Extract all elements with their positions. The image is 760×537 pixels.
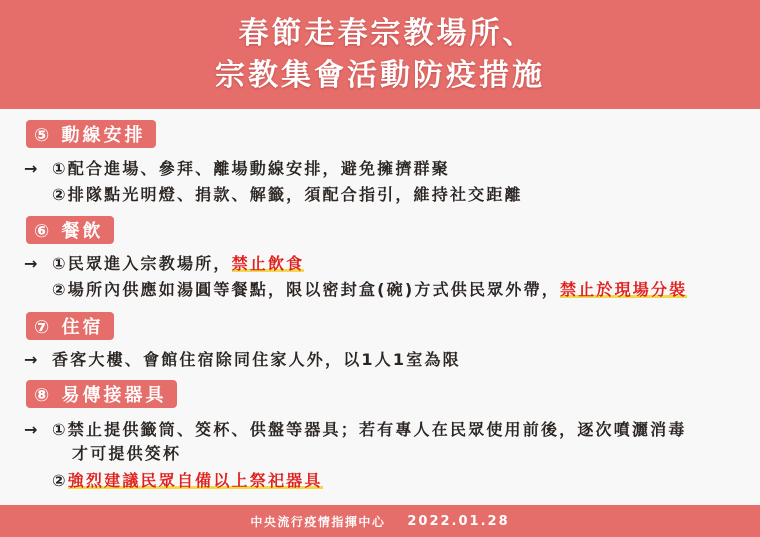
highlighted-warning: 強烈建議民眾自備以上祭祀器具 [68,471,323,490]
section-badge-shared-objects: ⑧ 易傳接器具 [26,380,177,408]
page-header: 春節走春宗教場所、 宗教集會活動防疫措施 [0,0,760,109]
title-line-2: 宗教集會活動防疫措施 [215,55,545,97]
list-item: →①民眾進入宗教場所，禁止飲食 [24,252,304,276]
highlighted-warning: 禁止飲食 [232,254,305,273]
list-item: ②強烈建議民眾自備以上祭祀器具 [24,469,323,493]
arrow-icon: → [24,418,52,442]
footer-date: 2022.01.28 [407,514,509,529]
arrow-icon: → [24,157,52,181]
list-item: →香客大樓、會館住宿除同住家人外，以1人1室為限 [24,348,461,372]
list-item-continuation: 才可提供筊杯 [24,442,181,466]
list-item: →①配合進場、參拜、離場動線安排，避免擁擠群聚 [24,157,450,181]
arrow-icon: → [24,348,52,372]
title-line-1: 春節走春宗教場所、 [239,13,536,55]
arrow-icon: → [24,252,52,276]
footer-org: 中央流行疫情指揮中心 [250,513,385,530]
section-badge-circulation: ⑤ 動線安排 [26,120,156,148]
section-badge-dining: ⑥ 餐飲 [26,216,114,244]
list-item: →①禁止提供籤筒、筊杯、供盤等器具；若有專人在民眾使用前後，逐次噴灑消毒 [24,418,687,442]
section-badge-lodging: ⑦ 住宿 [26,312,114,340]
highlighted-warning: 禁止於現場分裝 [560,280,687,299]
list-item: ②排隊點光明燈、捐款、解籤，須配合指引，維持社交距離 [24,183,523,207]
list-item: ②場所內供應如湯圓等餐點，限以密封盒(碗)方式供民眾外帶，禁止於現場分裝 [24,278,687,302]
page-footer: 中央流行疫情指揮中心 2022.01.28 [0,505,760,537]
